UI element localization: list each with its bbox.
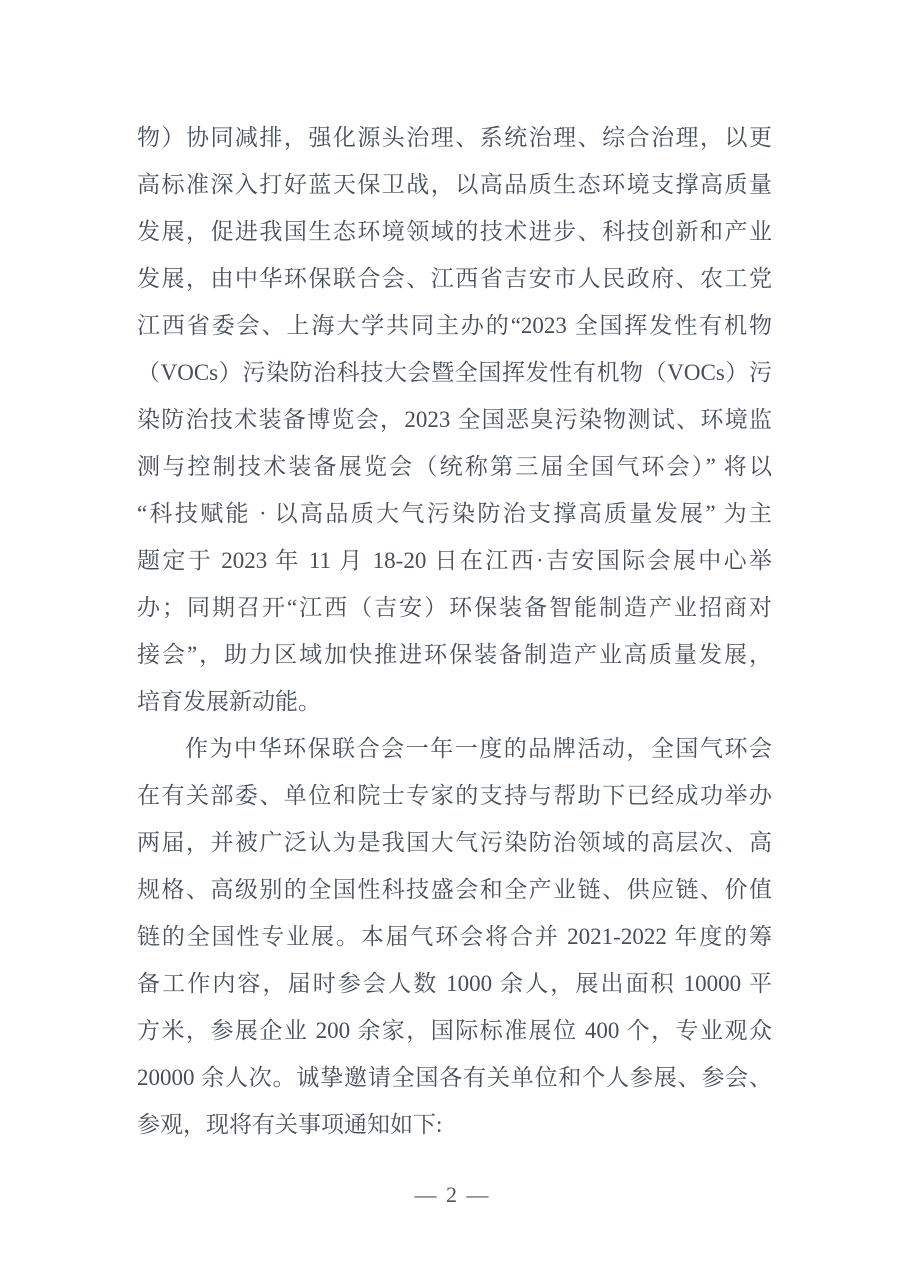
text-line: 规格、高级别的全国性科技盛会和全产业链、供应链、价值: [137, 866, 772, 913]
body-text: 物）协同减排，强化源头治理、系统治理、综合治理，以更 高标准深入打好蓝天保卫战，…: [137, 114, 772, 1148]
text-line: 备工作内容，届时参会人数 1000 余人，展出面积 10000 平: [137, 960, 772, 1007]
text-line: 接会”，助力区域加快推进环保装备制造产业高质量发展，: [137, 631, 772, 678]
text-line: 物）协同减排，强化源头治理、系统治理、综合治理，以更: [137, 114, 772, 161]
paragraph-2: 作为中华环保联合会一年一度的品牌活动，全国气环会 在有关部委、单位和院士专家的支…: [137, 725, 772, 1148]
text-line: 发展，由中华环保联合会、江西省吉安市人民政府、农工党: [137, 255, 772, 302]
text-line: 发展，促进我国生态环境领域的技术进步、科技创新和产业: [137, 208, 772, 255]
text-line: 高标准深入打好蓝天保卫战，以高品质生态环境支撑高质量: [137, 161, 772, 208]
text-line: 培育发展新动能。: [137, 678, 772, 725]
text-line: 题定于 2023 年 11 月 18-20 日在江西·吉安国际会展中心举: [137, 537, 772, 584]
text-line: 20000 余人次。诚挚邀请全国各有关单位和个人参展、参会、: [137, 1054, 772, 1101]
text-line: 染防治技术装备博览会，2023 全国恶臭污染物测试、环境监: [137, 396, 772, 443]
text-line: 链的全国性专业展。本届气环会将合并 2021-2022 年度的筹: [137, 913, 772, 960]
paragraph-1: 物）协同减排，强化源头治理、系统治理、综合治理，以更 高标准深入打好蓝天保卫战，…: [137, 114, 772, 725]
document-page: 物）协同减排，强化源头治理、系统治理、综合治理，以更 高标准深入打好蓝天保卫战，…: [0, 0, 905, 1280]
text-line: 作为中华环保联合会一年一度的品牌活动，全国气环会: [137, 725, 772, 772]
text-line: 测与控制技术装备展览会（统称第三届全国气环会）” 将以: [137, 443, 772, 490]
text-line: 参观，现将有关事项通知如下:: [137, 1101, 772, 1148]
page-number: — 2 —: [0, 1180, 905, 1210]
text-line: （VOCs）污染防治科技大会暨全国挥发性有机物（VOCs）污: [137, 349, 772, 396]
text-line: 方米，参展企业 200 余家，国际标准展位 400 个，专业观众: [137, 1007, 772, 1054]
text-line: 办；同期召开“江西（吉安）环保装备智能制造产业招商对: [137, 584, 772, 631]
text-line: 在有关部委、单位和院士专家的支持与帮助下已经成功举办: [137, 772, 772, 819]
text-line: “科技赋能 · 以高品质大气污染防治支撑高质量发展” 为主: [137, 490, 772, 537]
text-line: 两届，并被广泛认为是我国大气污染防治领域的高层次、高: [137, 819, 772, 866]
text-line: 江西省委会、上海大学共同主办的“2023 全国挥发性有机物: [137, 302, 772, 349]
